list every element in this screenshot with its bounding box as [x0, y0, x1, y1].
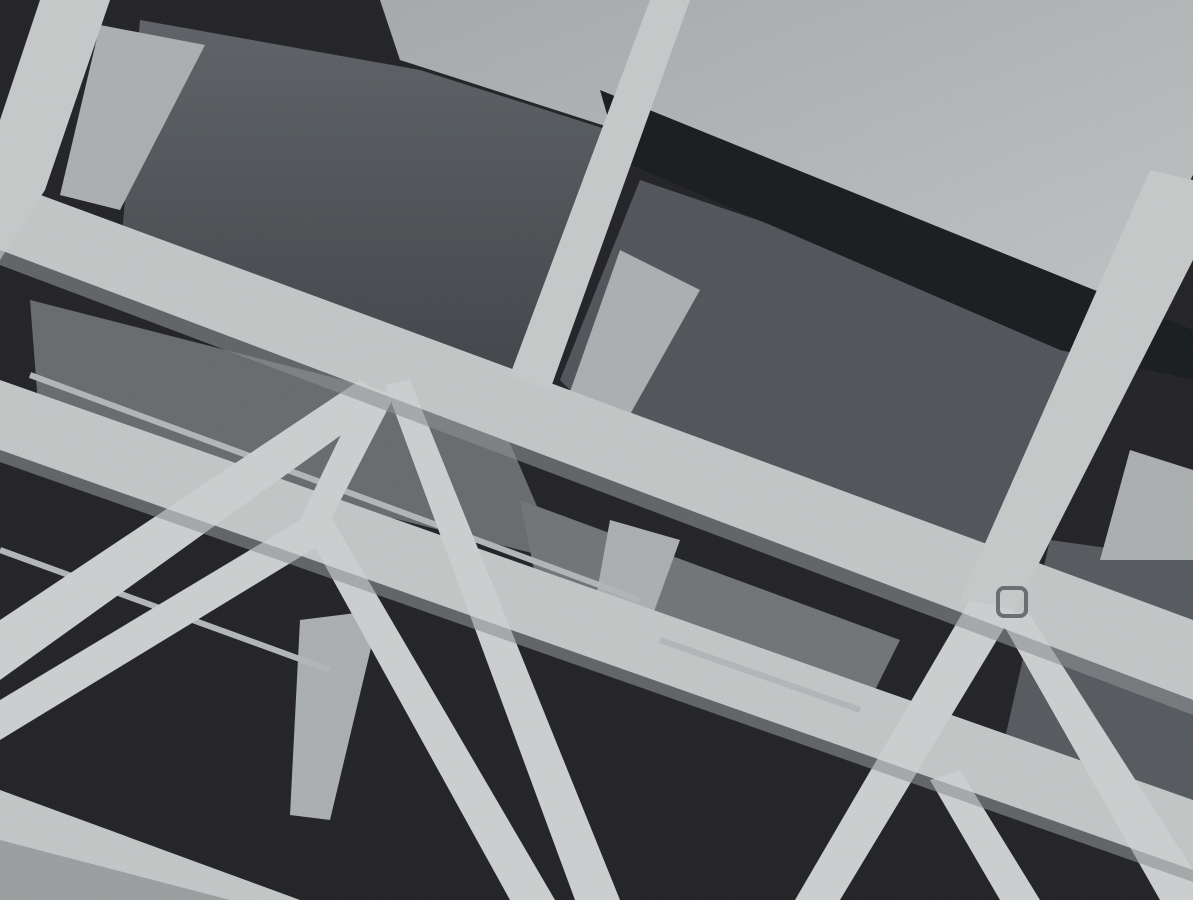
truss-photograph: Black-and-white photograph looking up at…: [0, 0, 1193, 900]
truss-scene: [0, 0, 1193, 900]
